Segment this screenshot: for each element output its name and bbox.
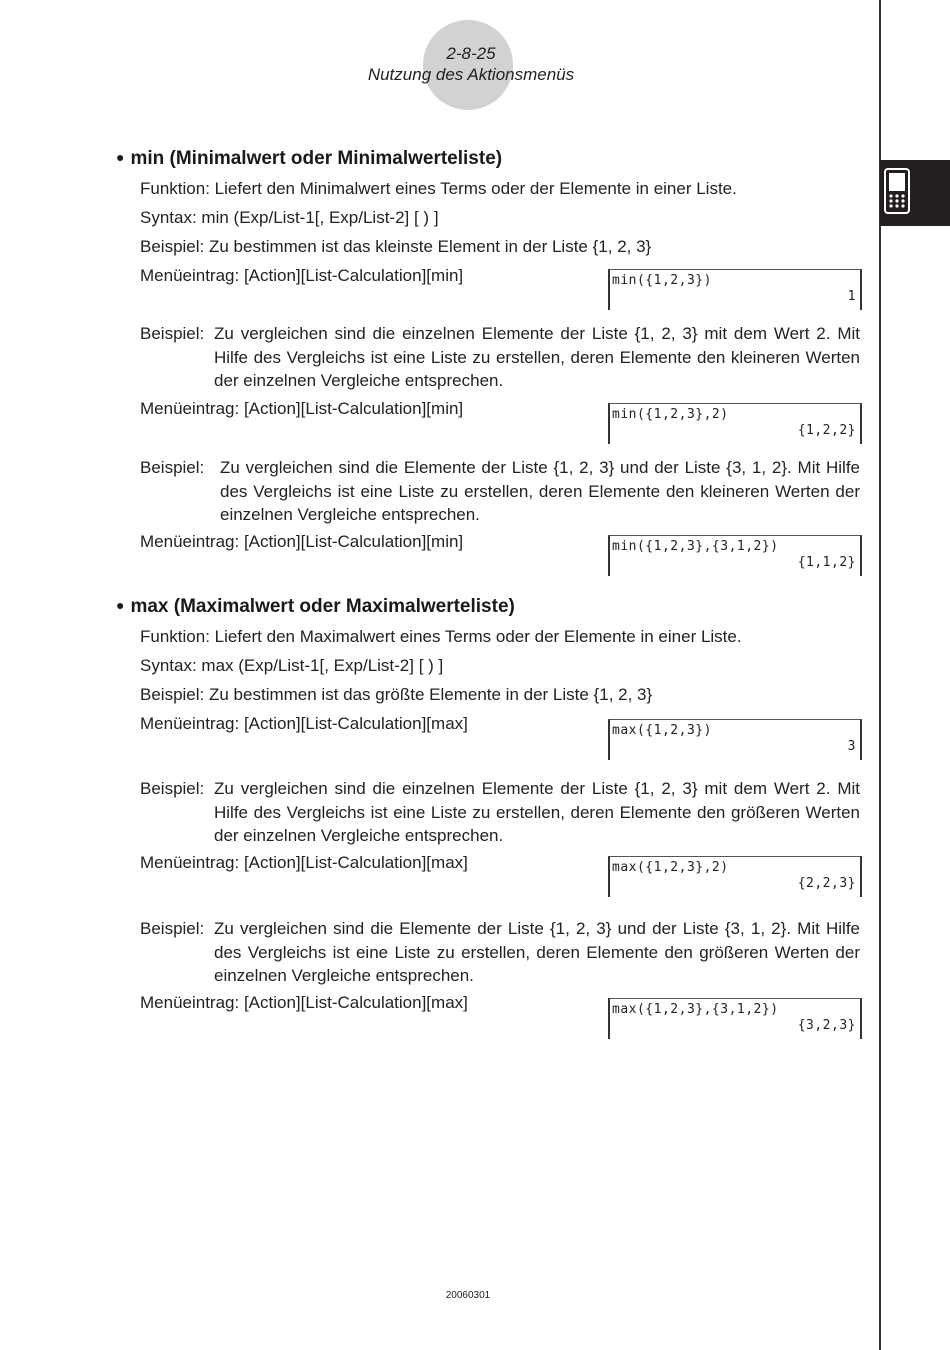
- screen-input: max({1,2,3}): [612, 723, 712, 738]
- screen-output: {1,1,2}: [798, 555, 856, 570]
- screen-output: 3: [848, 739, 856, 754]
- min-menu-3: Menüeintrag: [Action][List-Calculation][…: [140, 532, 463, 552]
- max-syntax: Syntax: max (Exp/List-1[, Exp/List-2] [ …: [140, 656, 443, 676]
- calculator-screen: min({1,2,3},2) {1,2,2}: [608, 403, 862, 444]
- screen-input: max({1,2,3},2): [612, 860, 729, 875]
- max-example-2: Beispiel: Zu vergleichen sind die einzel…: [140, 777, 860, 848]
- min-example-1: Beispiel: Zu bestimmen ist das kleinste …: [140, 237, 651, 257]
- screen-input: min({1,2,3},2): [612, 407, 729, 422]
- calculator-icon: [884, 168, 910, 214]
- min-menu-2: Menüeintrag: [Action][List-Calculation][…: [140, 399, 463, 419]
- chapter-tab: [880, 160, 950, 226]
- calculator-screen: min({1,2,3},{3,1,2}) {1,1,2}: [608, 535, 862, 576]
- min-menu-1: Menüeintrag: [Action][List-Calculation][…: [140, 266, 463, 286]
- screen-input: min({1,2,3},{3,1,2}): [612, 539, 779, 554]
- calculator-screen: max({1,2,3},{3,1,2}) {3,2,3}: [608, 998, 862, 1039]
- footer-code: 20060301: [420, 1290, 516, 1301]
- max-menu-3: Menüeintrag: [Action][List-Calculation][…: [140, 993, 468, 1013]
- min-syntax: Syntax: min (Exp/List-1[, Exp/List-2] [ …: [140, 208, 439, 228]
- calculator-screen: min({1,2,3}) 1: [608, 269, 862, 310]
- calculator-screen: max({1,2,3}) 3: [608, 719, 862, 760]
- screen-output: {2,2,3}: [798, 876, 856, 891]
- screen-output: 1: [848, 289, 856, 304]
- min-funktion: Funktion: Liefert den Minimalwert eines …: [140, 179, 737, 199]
- max-example-3: Beispiel: Zu vergleichen sind die Elemen…: [140, 917, 860, 988]
- max-menu-2: Menüeintrag: [Action][List-Calculation][…: [140, 853, 468, 873]
- min-example-3: Beispiel: Zu vergleichen sind die Elemen…: [140, 456, 860, 527]
- section-title: Nutzung des Aktionsmenüs: [300, 65, 642, 85]
- max-funktion: Funktion: Liefert den Maximalwert eines …: [140, 627, 742, 647]
- min-heading: ●min (Minimalwert oder Minimalwerteliste…: [116, 148, 502, 170]
- screen-output: {3,2,3}: [798, 1018, 856, 1033]
- max-menu-1: Menüeintrag: [Action][List-Calculation][…: [140, 714, 468, 734]
- screen-input: min({1,2,3}): [612, 273, 712, 288]
- max-heading: ●max (Maximalwert oder Maximalwerteliste…: [116, 596, 515, 618]
- page-number: 2-8-25: [300, 44, 642, 64]
- screen-output: {1,2,2}: [798, 423, 856, 438]
- max-example-1: Beispiel: Zu bestimmen ist das größte El…: [140, 685, 652, 705]
- calculator-screen: max({1,2,3},2) {2,2,3}: [608, 856, 862, 897]
- min-example-2: Beispiel: Zu vergleichen sind die einzel…: [140, 322, 860, 393]
- screen-input: max({1,2,3},{3,1,2}): [612, 1002, 779, 1017]
